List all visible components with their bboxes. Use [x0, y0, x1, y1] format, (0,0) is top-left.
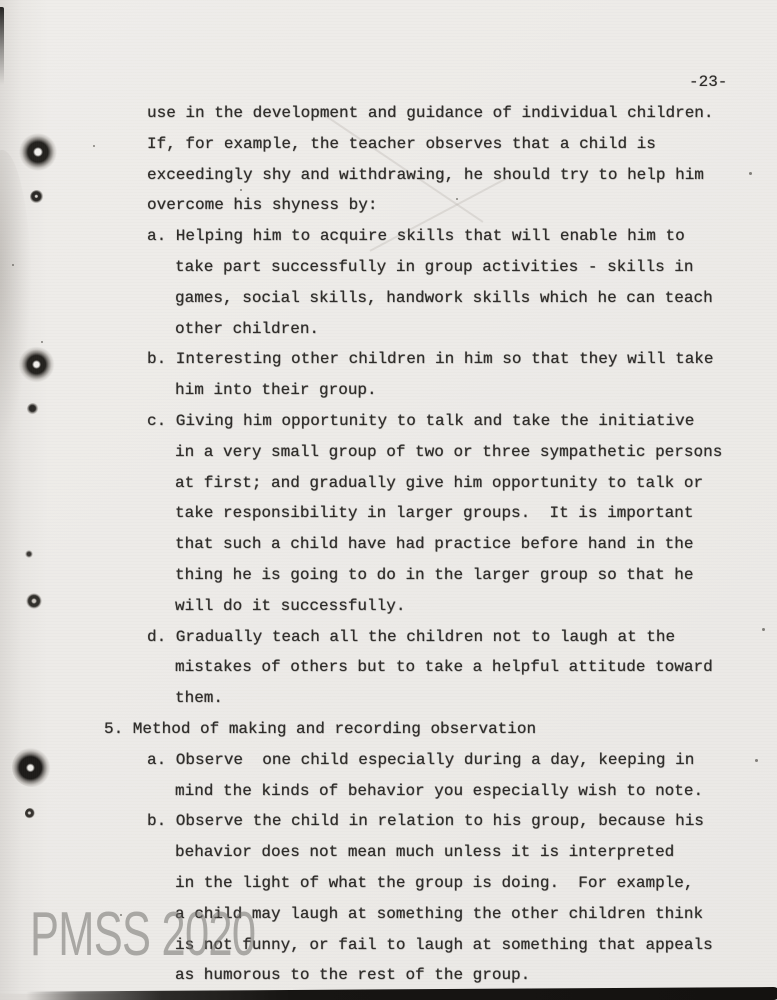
text-line: If, for example, the teacher observes th…	[147, 134, 656, 154]
text-line: in the light of what the group is doing.…	[175, 873, 693, 893]
scan-left-edge-mark	[0, 7, 4, 85]
binder-hole-mark	[18, 346, 55, 383]
text-line: a. Helping him to acquire skills that wi…	[147, 226, 685, 246]
scanned-document-page: -23- use in the development and guidance…	[0, 0, 777, 1000]
page-bottom-edge-shadow	[26, 987, 777, 1000]
binder-hole-mark	[25, 808, 36, 819]
paper-speck	[93, 145, 95, 147]
paper-speck	[456, 198, 458, 200]
paper-speck	[755, 759, 758, 762]
binder-hole-mark	[26, 593, 42, 609]
text-line: c. Giving him opportunity to talk and ta…	[147, 411, 694, 431]
text-line: use in the development and guidance of i…	[147, 103, 714, 123]
text-line: d. Gradually teach all the children not …	[147, 627, 675, 647]
watermark-text: PMSS 2020	[30, 899, 255, 970]
text-line: that such a child have had practice befo…	[175, 534, 693, 554]
paper-speck	[240, 189, 242, 191]
paper-speck	[762, 628, 765, 631]
binder-hole-mark	[27, 403, 39, 415]
binder-hole-mark	[25, 550, 33, 558]
text-line: b. Interesting other children in him so …	[147, 349, 714, 369]
text-line: at first; and gradually give him opportu…	[175, 473, 703, 493]
text-line: exceedingly shy and withdrawing, he shou…	[147, 165, 704, 185]
binder-hole-mark	[18, 132, 58, 172]
text-line: will do it successfully.	[175, 596, 405, 616]
binder-hole-mark	[12, 747, 52, 787]
text-line: mistakes of others but to take a helpful…	[175, 657, 713, 677]
text-line: is not funny, or fail to laugh at someth…	[175, 935, 713, 955]
text-line: take responsibility in larger groups. It…	[175, 503, 693, 523]
page-number: -23-	[689, 73, 727, 91]
text-line: behavior does not mean much unless it is…	[175, 842, 674, 862]
text-line: mind the kinds of behavior you especiall…	[175, 781, 703, 801]
text-line: overcome his shyness by:	[147, 195, 377, 215]
binder-hole-mark	[30, 190, 44, 204]
text-line: take part successfully in group activiti…	[175, 257, 693, 277]
text-line: other children.	[175, 319, 319, 339]
text-line: games, social skills, handwork skills wh…	[175, 288, 713, 308]
text-line: him into their group.	[175, 380, 377, 400]
paper-speck	[12, 264, 14, 266]
text-line: a. Observe one child especially during a…	[147, 750, 694, 770]
text-line: them.	[175, 688, 223, 708]
paper-speck	[749, 172, 752, 175]
text-line: in a very small group of two or three sy…	[175, 442, 722, 462]
text-line: b. Observe the child in relation to his …	[147, 811, 704, 831]
paper-speck	[41, 341, 43, 343]
text-line: thing he is going to do in the larger gr…	[175, 565, 693, 585]
text-line: 5. Method of making and recording observ…	[104, 719, 536, 739]
